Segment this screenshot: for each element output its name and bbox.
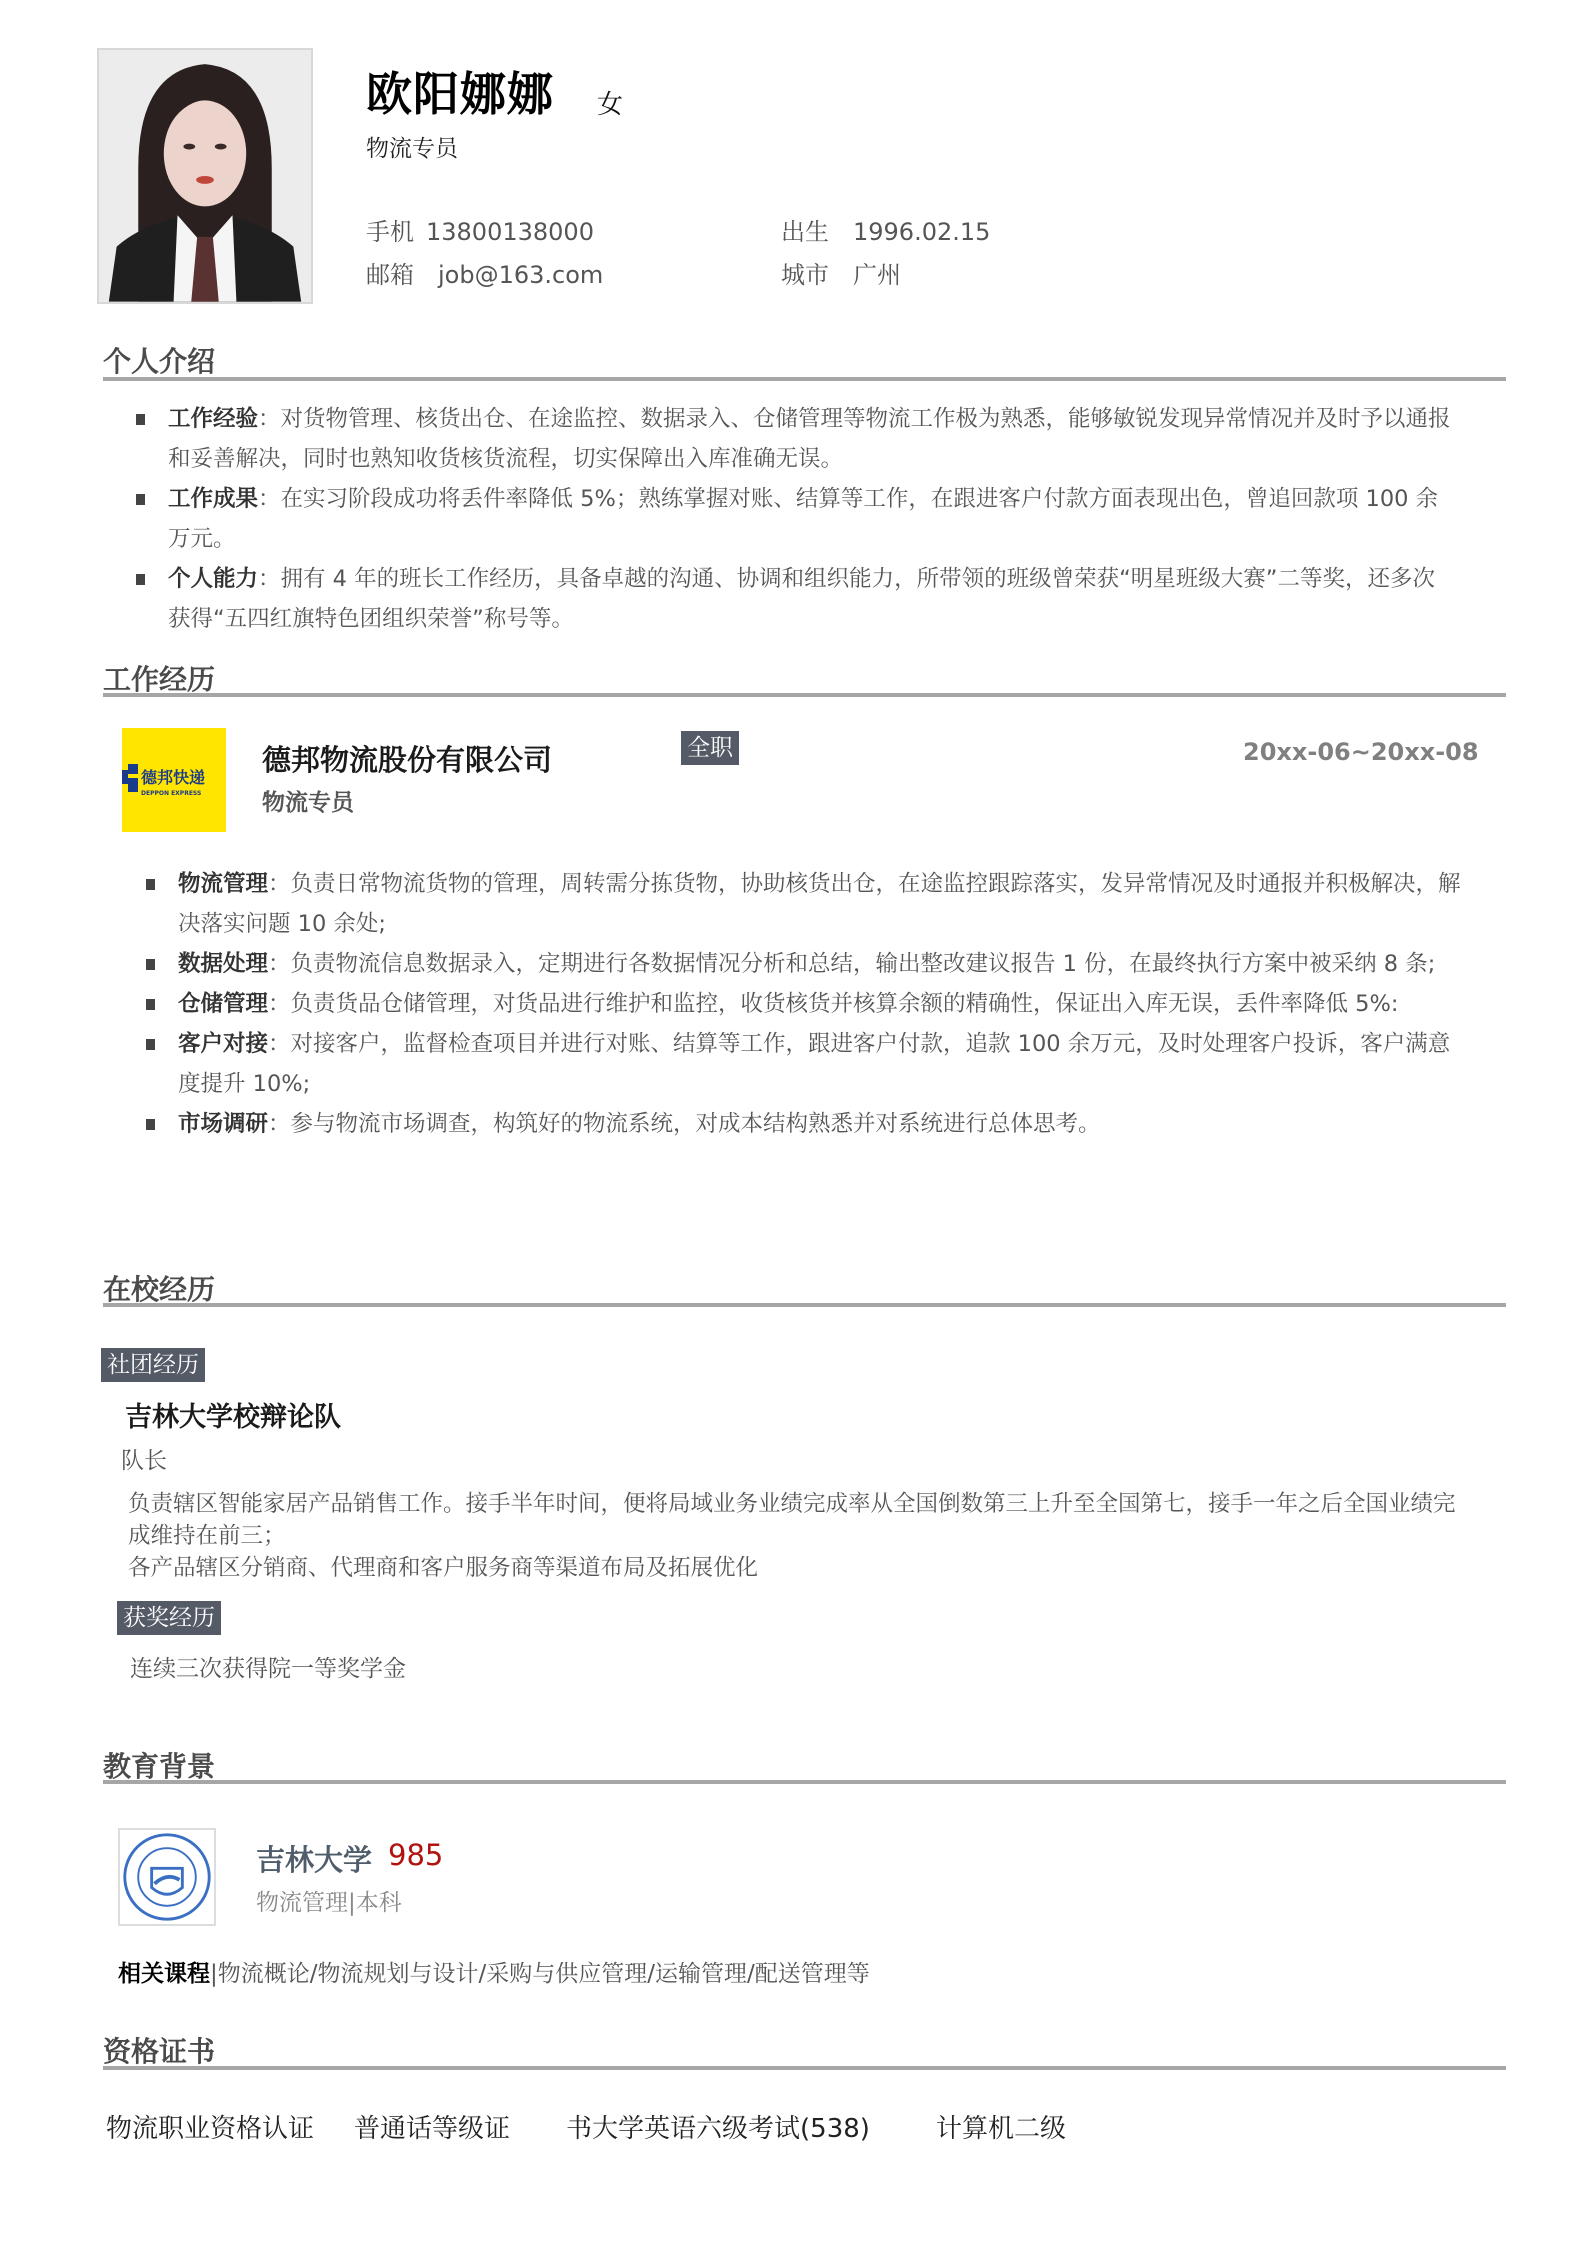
candidate-gender: 女 — [597, 84, 623, 121]
intro-item-text: ：对货物管理、核货出仓、在途监控、数据录入、仓储管理等物流工作极为熟悉，能够敏锐… — [168, 406, 1451, 472]
portrait-image — [99, 50, 311, 302]
intro-list: 工作经验：对货物管理、核货出仓、在途监控、数据录入、仓储管理等物流工作极为熟悉，… — [132, 399, 1452, 639]
duty-text: ：负责货品仓储管理，对货品进行维护和监控，收货核货并核算余额的精确性，保证出入库… — [268, 991, 1398, 1017]
section-title-work: 工作经历 — [103, 658, 215, 698]
email-row: 邮箱job@163.com — [366, 255, 603, 290]
cert-item: 书大学英语六级考试(538) — [566, 2108, 870, 2145]
cert-item: 物流职业资格认证 — [106, 2108, 314, 2145]
club-desc-line: 负责辖区智能家居产品销售工作。接手半年时间，便将局域业务业绩完成率从全国倒数第三… — [128, 1488, 1458, 1552]
cert-item: 普通话等级证 — [354, 2108, 510, 2145]
club-description: 负责辖区智能家居产品销售工作。接手半年时间，便将局域业务业绩完成率从全国倒数第三… — [128, 1488, 1458, 1584]
work-duties-list: 物流管理：负责日常物流货物的管理，周转需分拣货物，协助核货出仓，在途监控跟踪落实… — [142, 864, 1462, 1144]
duty-item: 市场调研：参与物流市场调查，构筑好的物流系统，对成本结构熟悉并对系统进行总体思考… — [142, 1104, 1462, 1144]
deppon-logo-icon: 德邦快递 DEPPON EXPRESS — [122, 728, 226, 832]
club-tag: 社团经历 — [101, 1348, 205, 1382]
logo-text: 德邦快递 — [141, 768, 205, 787]
courses-list: |物流概论/物流规划与设计/采购与供应管理/运输管理/配送管理等 — [210, 1961, 870, 1987]
company-logo: 德邦快递 DEPPON EXPRESS — [122, 728, 226, 832]
duty-label: 仓储管理 — [178, 991, 268, 1017]
company-name: 德邦物流股份有限公司 — [262, 738, 552, 779]
section-title-intro: 个人介绍 — [103, 340, 215, 380]
city-label: 城市 — [781, 255, 829, 290]
duty-text: ：对接客户，监督检查项目并进行对账、结算等工作，跟进客户付款，追款 100 余万… — [178, 1031, 1450, 1097]
intro-item-text: ：在实习阶段成功将丢件率降低 5%；熟练掌握对账、结算等工作，在跟进客户付款方面… — [168, 486, 1438, 552]
university-emblem-icon — [120, 1830, 214, 1924]
phone-label: 手机 — [366, 212, 414, 247]
birth-row: 出生1996.02.15 — [781, 212, 990, 247]
candidate-name: 欧阳娜娜 — [366, 58, 554, 124]
phone-row: 手机13800138000 — [366, 212, 594, 247]
logo-subtext: DEPPON EXPRESS — [141, 790, 201, 797]
intro-item-text: ：拥有 4 年的班长工作经历，具备卓越的沟通、协调和组织能力，所带领的班级曾荣获… — [168, 566, 1435, 632]
duty-label: 物流管理 — [178, 871, 268, 897]
intro-item-label: 个人能力 — [168, 566, 258, 592]
duty-item: 仓储管理：负责货品仓储管理，对货品进行维护和监控，收货核货并核算余额的精确性，保… — [142, 984, 1462, 1024]
award-text: 连续三次获得院一等奖学金 — [130, 1650, 406, 1683]
duty-label: 市场调研 — [178, 1111, 268, 1137]
cert-item: 计算机二级 — [936, 2108, 1066, 2145]
major-degree: 物流管理|本科 — [256, 1884, 402, 1917]
intro-item-label: 工作成果 — [168, 486, 258, 512]
award-tag: 获奖经历 — [117, 1601, 221, 1635]
employment-type-tag: 全职 — [681, 731, 739, 765]
cert-list: 物流职业资格认证 普通话等级证 书大学英语六级考试(538) 计算机二级 — [106, 2108, 1106, 2145]
courses-label: 相关课程 — [118, 1961, 210, 1987]
duty-item: 物流管理：负责日常物流货物的管理，周转需分拣货物，协助核货出仓，在途监控跟踪落实… — [142, 864, 1462, 944]
intro-item: 个人能力：拥有 4 年的班长工作经历，具备卓越的沟通、协调和组织能力，所带领的班… — [132, 559, 1452, 639]
section-divider — [103, 1303, 1506, 1307]
university-name: 吉林大学 — [256, 1838, 372, 1879]
duty-label: 数据处理 — [178, 951, 268, 977]
club-role: 队长 — [121, 1442, 167, 1475]
job-role: 物流专员 — [262, 784, 354, 817]
section-divider — [103, 1780, 1506, 1784]
duty-text: ：负责日常物流货物的管理，周转需分拣货物，协助核货出仓，在途监控跟踪落实，发异常… — [178, 871, 1461, 937]
duty-label: 客户对接 — [178, 1031, 268, 1057]
intro-item-label: 工作经验 — [168, 406, 258, 432]
section-divider — [103, 2066, 1506, 2070]
city-row: 城市广州 — [781, 255, 901, 290]
section-title-certs: 资格证书 — [103, 2030, 215, 2070]
duty-text: ：负责物流信息数据录入，定期进行各数据情况分析和总结，输出整改建议报告 1 份，… — [268, 951, 1435, 977]
duty-text: ：参与物流市场调查，构筑好的物流系统，对成本结构熟悉并对系统进行总体思考。 — [268, 1111, 1101, 1137]
intro-item: 工作成果：在实习阶段成功将丢件率降低 5%；熟练掌握对账、结算等工作，在跟进客户… — [132, 479, 1452, 559]
section-title-campus: 在校经历 — [103, 1268, 215, 1308]
duty-item: 数据处理：负责物流信息数据录入，定期进行各数据情况分析和总结，输出整改建议报告 … — [142, 944, 1462, 984]
email-label: 邮箱 — [366, 255, 414, 290]
related-courses: 相关课程|物流概论/物流规划与设计/采购与供应管理/运输管理/配送管理等 — [118, 1955, 870, 1988]
birth-value: 1996.02.15 — [853, 218, 990, 246]
phone-value: 13800138000 — [426, 218, 594, 246]
university-logo — [118, 1828, 216, 1926]
birth-label: 出生 — [781, 212, 829, 247]
candidate-title: 物流专员 — [366, 130, 458, 163]
club-desc-line: 各产品辖区分销商、代理商和客户服务商等渠道布局及拓展优化 — [128, 1552, 1458, 1584]
section-title-education: 教育背景 — [103, 1745, 215, 1785]
city-value: 广州 — [853, 255, 901, 290]
duty-item: 客户对接：对接客户，监督检查项目并进行对账、结算等工作，跟进客户付款，追款 10… — [142, 1024, 1462, 1104]
section-divider — [103, 693, 1506, 697]
intro-item: 工作经验：对货物管理、核货出仓、在途监控、数据录入、仓储管理等物流工作极为熟悉，… — [132, 399, 1452, 479]
university-rank-badge: 985 — [388, 1838, 443, 1872]
work-period: 20xx-06~20xx-08 — [1243, 738, 1479, 766]
email-value: job@163.com — [438, 261, 603, 289]
profile-photo — [97, 48, 313, 304]
section-divider — [103, 377, 1506, 381]
club-name: 吉林大学校辩论队 — [125, 1395, 341, 1434]
